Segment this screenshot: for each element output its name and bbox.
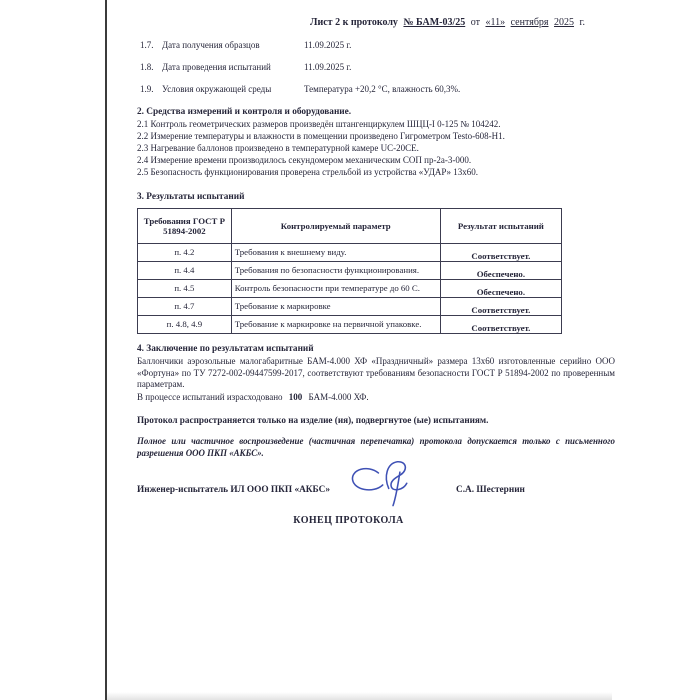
- cell-parameter: Требование к маркировке на первичной упа…: [231, 316, 440, 334]
- cell-result: Обеспечено.: [440, 280, 561, 298]
- section2-line-3: 2.3 Нагревание баллонов произведено в те…: [137, 142, 615, 154]
- cell-requirement: п. 4.2: [138, 244, 232, 262]
- cell-parameter: Контроль безопасности при температуре до…: [231, 280, 440, 298]
- result-text: Соответствует.: [471, 323, 530, 334]
- table-row: п. 4.4 Требования по безопасности функци…: [138, 262, 562, 280]
- section2-line-2: 2.2 Измерение температуры и влажности в …: [137, 130, 615, 142]
- signer-row: Инженер-испытатель ИЛ ООО ПКП «АКБС» С.А…: [137, 473, 615, 507]
- section4-title: 4. Заключение по результатам испытаний: [137, 343, 615, 355]
- cell-result: Обеспечено.: [440, 262, 561, 280]
- scanned-page-edge-line: [105, 0, 107, 700]
- cell-result: Соответствует.: [440, 316, 561, 334]
- handwritten-signature: [344, 459, 430, 511]
- cell-parameter: Требования к внешнему виду.: [231, 244, 440, 262]
- signer-name: С.А. Шестернин: [456, 484, 525, 496]
- result-text: Соответствует.: [471, 305, 530, 316]
- consumed-quantity: 100: [289, 392, 303, 402]
- consumed-line: В процессе испытаний израсходовано 100 Б…: [137, 391, 615, 403]
- protocol-document-page: Лист 2 к протоколу № БАМ-03/25 от «11» с…: [0, 0, 700, 700]
- header-cell-parameter: Контролируемый параметр: [231, 209, 440, 244]
- signer-role: Инженер-испытатель ИЛ ООО ПКП «АКБС»: [137, 484, 330, 496]
- result-text: Обеспечено.: [477, 269, 525, 280]
- header-cell-result: Результат испытаний: [440, 209, 561, 244]
- consumed-prefix: В процессе испытаний израсходовано: [137, 392, 283, 402]
- table-row: п. 4.8, 4.9 Требование к маркировке на п…: [138, 316, 562, 334]
- cell-requirement: п. 4.5: [138, 280, 232, 298]
- section2-line-5: 2.5 Безопасность функционирования провер…: [137, 166, 615, 178]
- item-label: Условия окружающей среды: [162, 83, 302, 95]
- cell-parameter: Требование к маркировке: [231, 298, 440, 316]
- item-number: 1.7.: [140, 39, 162, 51]
- conclusion-paragraph: Баллончики аэрозольные малогабаритные БА…: [137, 356, 615, 391]
- sheet-label: Лист 2 к протоколу: [310, 17, 398, 28]
- item-label: Дата получения образцов: [162, 39, 302, 51]
- cell-requirement: п. 4.7: [138, 298, 232, 316]
- item-number: 1.9.: [140, 83, 162, 95]
- protocol-number: № БАМ-03/25: [403, 17, 465, 28]
- document-content: Лист 2 к протоколу № БАМ-03/25 от «11» с…: [137, 0, 615, 527]
- table-row: п. 4.7 Требование к маркировке Соответст…: [138, 298, 562, 316]
- scope-note: Протокол распространяется только на изде…: [137, 414, 615, 426]
- result-text: Обеспечено.: [477, 287, 525, 298]
- reproduction-note: Полное или частичное воспроизведение (ча…: [137, 436, 615, 459]
- section3-title: 3. Результаты испытаний: [137, 191, 615, 203]
- info-row-samples-received: 1.7. Дата получения образцов 11.09.2025 …: [137, 39, 615, 51]
- section2-line-4: 2.4 Измерение времени производилось секу…: [137, 154, 615, 166]
- consumed-suffix: БАМ-4.000 ХФ.: [309, 392, 369, 402]
- cell-result: Соответствует.: [440, 244, 561, 262]
- result-text: Соответствует.: [471, 251, 530, 262]
- cell-parameter: Требования по безопасности функционирова…: [231, 262, 440, 280]
- info-row-environment: 1.9. Условия окружающей среды Температур…: [137, 83, 615, 95]
- scan-bottom-shadow: [107, 692, 612, 700]
- cell-requirement: п. 4.8, 4.9: [138, 316, 232, 334]
- item-value: 11.09.2025 г.: [302, 39, 351, 51]
- year-suffix: г.: [580, 17, 585, 28]
- from-word: от: [471, 17, 480, 28]
- cell-requirement: п. 4.4: [138, 262, 232, 280]
- table-header-row: Требования ГОСТ Р 51894-2002 Контролируе…: [138, 209, 562, 244]
- table-row: п. 4.2 Требования к внешнему виду. Соотв…: [138, 244, 562, 262]
- section2-title: 2. Средства измерений и контроля и обору…: [137, 106, 615, 118]
- header-cell-requirements: Требования ГОСТ Р 51894-2002: [138, 209, 232, 244]
- cell-result: Соответствует.: [440, 298, 561, 316]
- results-table: Требования ГОСТ Р 51894-2002 Контролируе…: [137, 208, 562, 334]
- item-value: Температура +20,2 °С, влажность 60,3%.: [302, 83, 460, 95]
- section2-line-1: 2.1 Контроль геометрических размеров про…: [137, 118, 615, 130]
- doc-header: Лист 2 к протоколу № БАМ-03/25 от «11» с…: [137, 16, 615, 29]
- protocol-year: 2025: [554, 17, 574, 28]
- item-number: 1.8.: [140, 61, 162, 73]
- item-value: 11.09.2025 г.: [302, 61, 351, 73]
- end-of-protocol-label: КОНЕЦ ПРОТОКОЛА: [137, 515, 615, 527]
- table-row: п. 4.5 Контроль безопасности при темпера…: [138, 280, 562, 298]
- protocol-day: «11»: [485, 17, 505, 28]
- signature-stroke: [344, 459, 430, 511]
- info-row-test-date: 1.8. Дата проведения испытаний 11.09.202…: [137, 61, 615, 73]
- item-label: Дата проведения испытаний: [162, 61, 302, 73]
- protocol-month: сентября: [511, 17, 549, 28]
